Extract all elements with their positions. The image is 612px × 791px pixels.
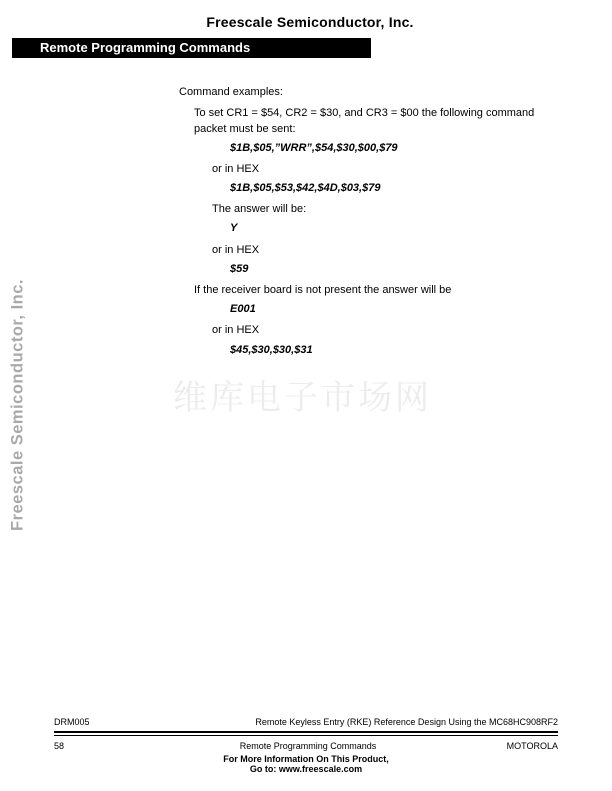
footer-rule-thick: [54, 731, 558, 733]
command-ascii: $1B,$05,”WRR”,$54,$30,$00,$79: [230, 142, 398, 154]
footer-more-info-2: Go to: www.freescale.com: [0, 764, 612, 774]
footer-doc-title: Remote Keyless Entry (RKE) Reference Des…: [255, 717, 558, 727]
section-title: Remote Programming Commands: [40, 40, 250, 55]
section-title-bar: Remote Programming Commands: [12, 38, 371, 58]
side-watermark: Freescale Semiconductor, Inc.: [9, 279, 28, 531]
not-present-label: If the receiver board is not present the…: [194, 284, 451, 296]
or-hex-label-1: or in HEX: [212, 163, 259, 175]
command-hex: $1B,$05,$53,$42,$4D,$03,$79: [230, 182, 380, 194]
header-company-name: Freescale Semiconductor, Inc.: [0, 14, 612, 30]
footer-more-info-1: For More Information On This Product,: [0, 754, 612, 764]
intro-line-2: packet must be sent:: [194, 123, 296, 135]
error-hex: $45,$30,$30,$31: [230, 344, 313, 356]
intro-line-1: To set CR1 = $54, CR2 = $30, and CR3 = $…: [194, 107, 534, 119]
answer-label: The answer will be:: [212, 203, 306, 215]
footer-brand: MOTOROLA: [507, 741, 558, 751]
or-hex-label-3: or in HEX: [212, 324, 259, 336]
answer-ascii: Y: [230, 222, 237, 234]
error-ascii: E001: [230, 303, 256, 315]
answer-hex: $59: [230, 263, 248, 275]
footer-rule-thin: [54, 735, 558, 736]
or-hex-label-2: or in HEX: [212, 244, 259, 256]
background-watermark: 维库电子市场网: [173, 370, 432, 419]
content-heading: Command examples:: [179, 86, 283, 98]
footer-doc-id: DRM005: [54, 717, 90, 727]
